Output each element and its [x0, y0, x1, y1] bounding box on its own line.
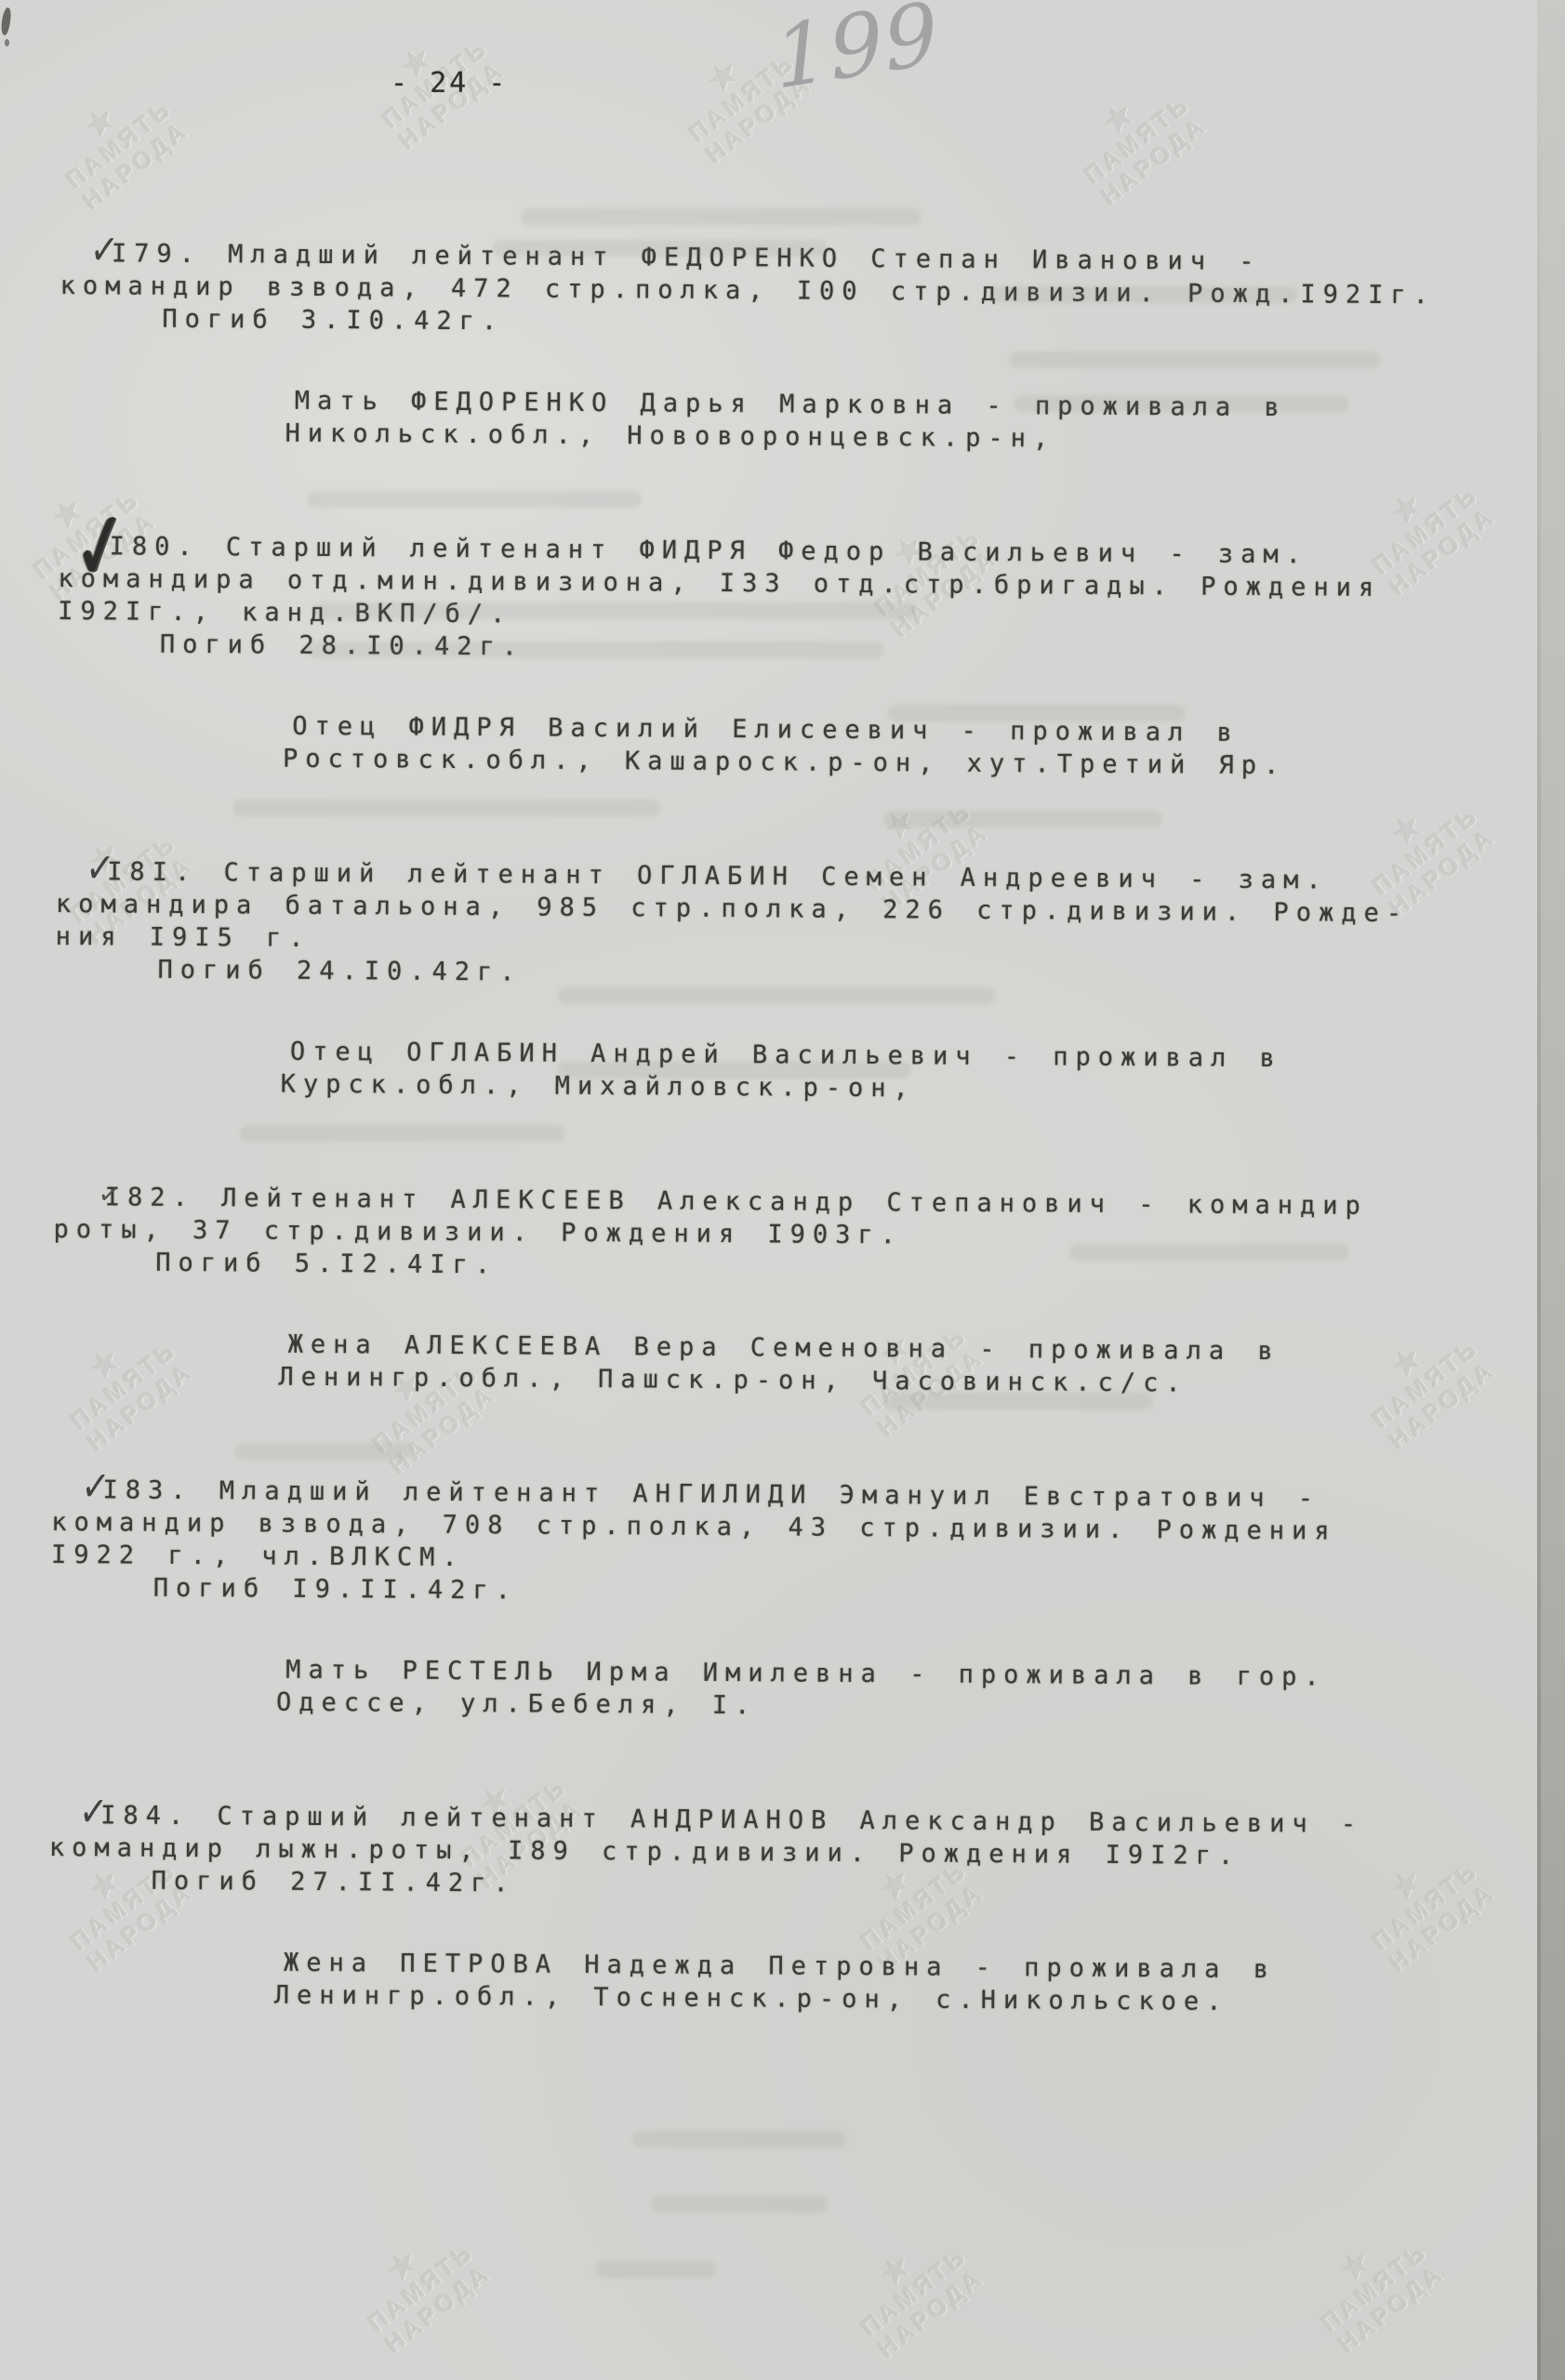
watermark-text: НАРОДА — [78, 116, 194, 215]
page-edge-shadow — [1541, 0, 1565, 2380]
checkmark-icon: ✓ — [66, 486, 136, 605]
casualty-entry-182: ✓I82. Лейтенант АЛЕКСЕЕВ Александр Степа… — [52, 1181, 1505, 1402]
family-block: Жена ПЕТРОВА Надежда Петровна - проживал… — [48, 1945, 1499, 2020]
bleed-through-artifact — [1069, 1244, 1348, 1261]
watermark-text: НАРОДА — [1096, 112, 1213, 210]
corner-artifact — [0, 7, 13, 35]
casualty-entry-179: ✓I79. Младший лейтенант ФЕДОРЕНКО Степан… — [59, 237, 1511, 458]
star-icon: ★ — [383, 2244, 426, 2286]
watermark-text: ПАМЯТЬ — [856, 2242, 973, 2342]
pamyat-naroda-watermark: ★ПАМЯТЬНАРОДА — [839, 2219, 989, 2362]
bleed-through-artifact — [558, 987, 995, 1004]
star-icon: ★ — [81, 101, 124, 143]
checkmark-icon: ✓ — [88, 223, 120, 275]
watermark-text: ПАМЯТЬ — [364, 2238, 480, 2337]
bleed-through-artifact — [558, 1062, 911, 1078]
bleed-through-artifact — [888, 705, 1186, 721]
casualty-entry-183: ✓I83. Младший лейтенант АНГИЛИДИ Эмануил… — [50, 1474, 1503, 1727]
handwritten-page-number: 199 — [771, 0, 943, 106]
star-icon: ★ — [704, 55, 747, 97]
star-icon: ★ — [876, 2249, 919, 2291]
bleed-through-artifact — [990, 286, 1297, 303]
watermark-text: НАРОДА — [873, 2264, 989, 2362]
family-block: Жена АЛЕКСЕЕВА Вера Семеновна - проживал… — [52, 1327, 1503, 1402]
bleed-through-artifact — [632, 2131, 846, 2148]
bleed-through-artifact — [234, 1443, 411, 1460]
entries-container: ✓I79. Младший лейтенант ФЕДОРЕНКО Степан… — [47, 237, 1511, 2102]
star-icon: ★ — [1099, 97, 1142, 139]
checkmark-icon: ✓ — [77, 1785, 109, 1837]
pamyat-naroda-watermark: ★ПАМЯТЬНАРОДА — [1062, 67, 1213, 210]
bleed-through-artifact — [493, 240, 828, 257]
family-block: Мать РЕСТЕЛЬ Ирма Имилевна - проживала в… — [50, 1652, 1501, 1727]
bleed-through-artifact — [521, 208, 921, 225]
bleed-through-artifact — [883, 811, 1162, 827]
bleed-through-artifact — [883, 1393, 1153, 1409]
bleed-through-artifact — [232, 800, 660, 816]
bleed-through-artifact — [1009, 351, 1381, 368]
casualty-entry-184: ✓I84. Старший лейтенант АНДРИАНОВ Алекса… — [48, 1799, 1501, 2020]
star-icon: ★ — [1336, 2244, 1379, 2286]
watermark-text: НАРОДА — [1333, 2259, 1450, 2358]
bleed-through-artifact — [312, 602, 916, 619]
document-page: ★ПАМЯТЬНАРОДА★ПАМЯТЬНАРОДА★ПАМЯТЬНАРОДА★… — [0, 0, 1565, 2380]
pamyat-naroda-watermark: ★ПАМЯТЬНАРОДА — [346, 2215, 497, 2358]
bleed-through-artifact — [307, 491, 642, 508]
family-block: Отец ФИДРЯ Василий Елисеевич - проживал … — [57, 708, 1507, 784]
page-number: - 24 - — [391, 67, 508, 99]
corner-artifact — [5, 39, 9, 46]
watermark-text: ПАМЯТЬ — [1317, 2238, 1433, 2337]
bleed-through-artifact — [651, 2196, 828, 2213]
bleed-through-artifact — [1014, 395, 1348, 412]
checkmark-icon: ✓ — [80, 1460, 112, 1512]
bleed-through-artifact — [307, 641, 883, 658]
checkmark-icon: ✓ — [84, 841, 115, 893]
pamyat-naroda-watermark: ★ПАМЯТЬНАРОДА — [1299, 2215, 1450, 2358]
watermark-text: ПАМЯТЬ — [1080, 90, 1196, 190]
bleed-through-artifact — [595, 2261, 716, 2278]
bleed-through-artifact — [240, 1125, 565, 1142]
watermark-text: ПАМЯТЬ — [61, 95, 178, 194]
pamyat-naroda-watermark: ★ПАМЯТЬНАРОДА — [44, 72, 194, 215]
watermark-text: НАРОДА — [380, 2259, 497, 2358]
